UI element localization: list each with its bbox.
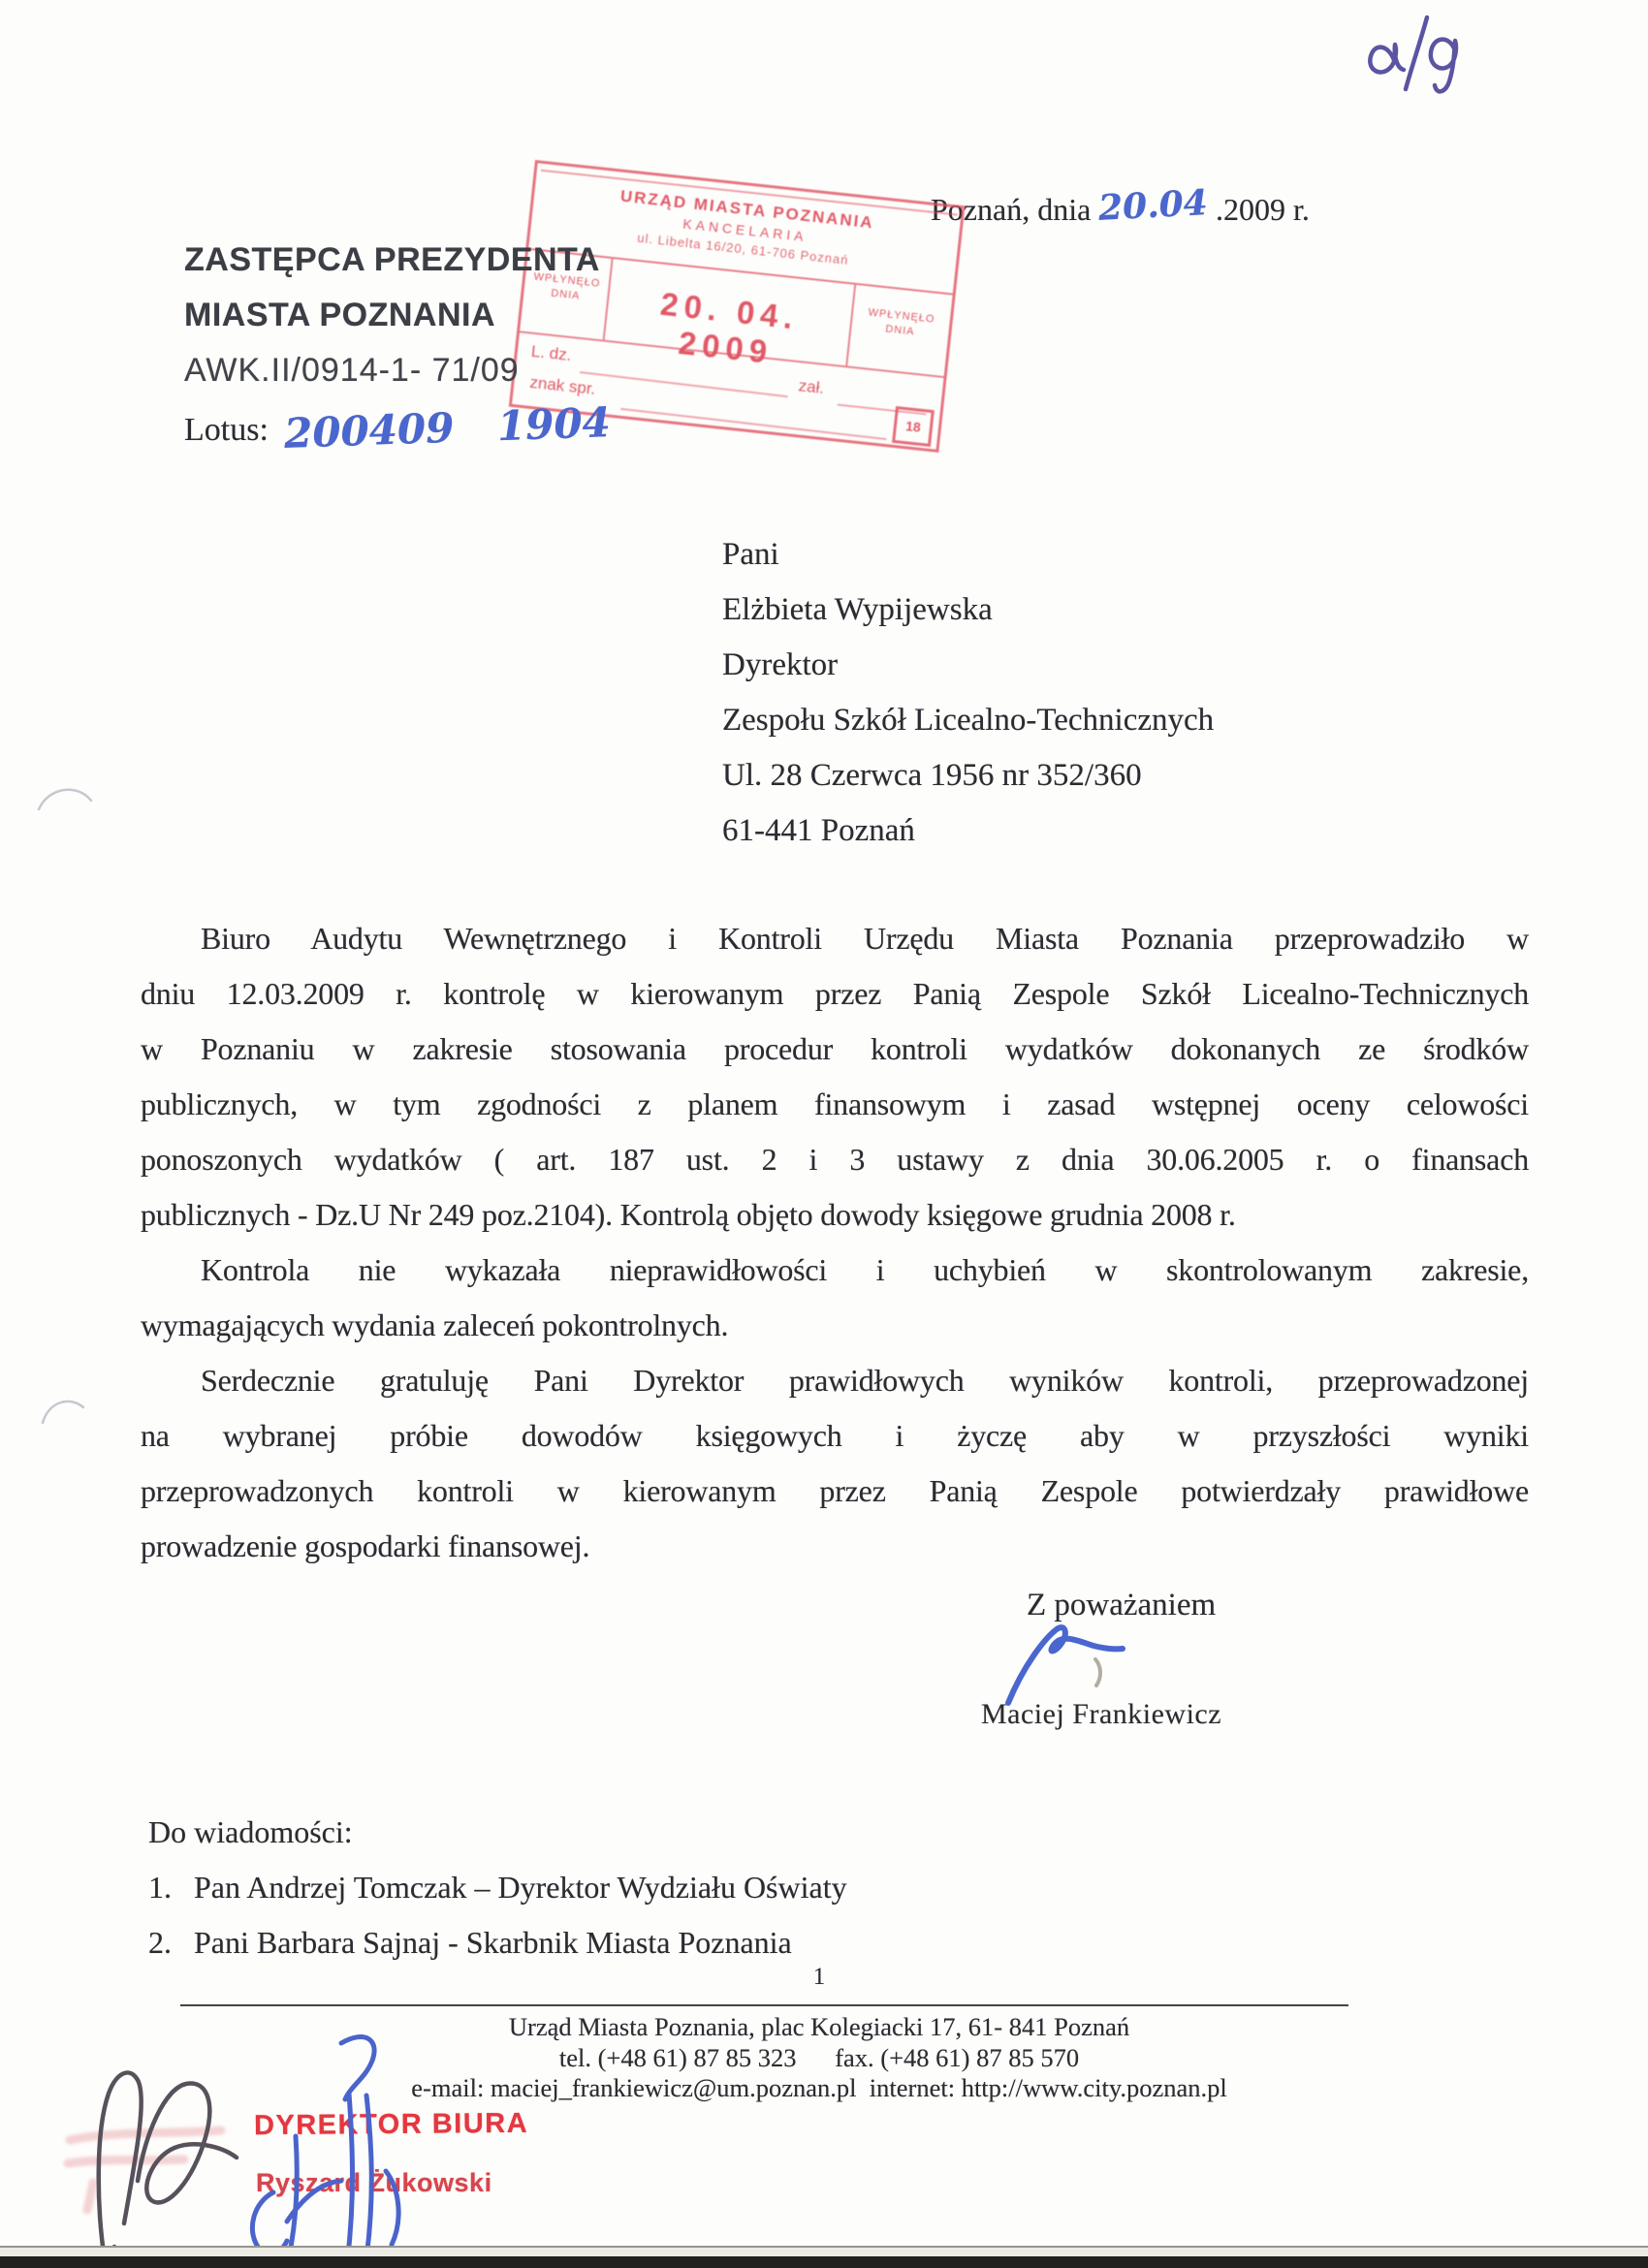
footer-rule [180, 2004, 1348, 2006]
recipient-line: Ul. 28 Czerwca 1956 nr 352/360 [722, 748, 1214, 803]
body-line: Biuro Audytu Wewnętrznego i Kontroli Urz… [141, 911, 1529, 966]
footer-email-internet: e-mail: maciej_frankiewicz@um.poznan.pl … [116, 2073, 1522, 2103]
recipient-line: 61-441 Poznań [722, 803, 1214, 859]
cc-block: Do wiadomości: 1.Pan Andrzej Tomczak – D… [148, 1805, 847, 1970]
sender-ref-number: AWK.II/0914-1- 71/09 [184, 343, 611, 398]
approval-stamp-title: DYREKTOR BIURA [254, 2108, 528, 2142]
faint-arc-marks [39, 790, 91, 1423]
recipient-line: Pani [722, 527, 1214, 583]
dateline-suffix: .2009 r. [1216, 192, 1310, 227]
faint-stamp-remnant [68, 2130, 221, 2210]
body-line: prowadzenie gospodarki finansowej. [141, 1519, 1529, 1574]
cc-heading: Do wiadomości: [148, 1805, 847, 1860]
body-line: publicznych - Dz.U Nr 249 poz.2104). Kon… [141, 1187, 1529, 1243]
stamp-zal-label: zał. [798, 376, 825, 398]
sender-lotus-line: Lotus:200409 1904 [184, 398, 611, 457]
approval-stamp-name: Ryszard Żukowski [256, 2168, 492, 2198]
body-line: Kontrola nie wykazała nieprawidłowości i… [141, 1243, 1529, 1298]
recipient-block: Pani Elżbieta Wypijewska Dyrektor Zespoł… [722, 527, 1214, 859]
body-line: przeprowadzonych kontroli w kierowanym p… [141, 1464, 1529, 1519]
frankiewicz-signature-ink [1008, 1627, 1123, 1703]
cc-item: 1.Pan Andrzej Tomczak – Dyrektor Wydział… [148, 1860, 847, 1915]
handwritten-lotus-number: 200409 1904 [283, 394, 612, 461]
stamp-znak-line [620, 408, 886, 440]
stamp-box-number: 18 [892, 406, 935, 447]
cc-item-number: 2. [148, 1915, 194, 1970]
valediction: Z poważaniem [1027, 1588, 1216, 1623]
sender-block: ZASTĘPCA PREZYDENTA MIASTA POZNANIA AWK.… [184, 233, 611, 457]
footer-phone-fax: tel. (+48 61) 87 85 323 fax. (+48 61) 87… [116, 2043, 1522, 2073]
sender-title-2: MIASTA POZNANIA [184, 288, 611, 343]
cc-item-number: 1. [148, 1860, 194, 1915]
lotus-label: Lotus: [184, 412, 269, 448]
recipient-line: Elżbieta Wypijewska [722, 583, 1214, 638]
body-line: wymagających wydania zaleceń pokontrolny… [141, 1298, 1529, 1353]
handwritten-date: 20.04 [1097, 182, 1209, 229]
recipient-line: Dyrektor [722, 638, 1214, 693]
stamp-received-date: 20. 04. 2009 [607, 259, 853, 365]
body-line: Serdecznie gratuluję Pani Dyrektor prawi… [141, 1353, 1529, 1408]
body-line: publicznych, w tym zgodności z planem fi… [141, 1077, 1529, 1132]
cc-item-text: Pani Barbara Sajnaj - Skarbnik Miasta Po… [194, 1925, 792, 1960]
body-paragraphs: Biuro Audytu Wewnętrznego i Kontroli Urz… [141, 911, 1529, 1574]
recipient-line: Zespołu Szkół Licealno-Technicznych [722, 693, 1214, 748]
footer-address: Urząd Miasta Poznania, plac Kolegiacki 1… [116, 2012, 1522, 2042]
body-line: na wybranej próbie dowodów księgowych i … [141, 1408, 1529, 1464]
sender-title-1: ZASTĘPCA PREZYDENTA [184, 233, 611, 288]
cc-item: 2.Pani Barbara Sajnaj - Skarbnik Miasta … [148, 1915, 847, 1970]
cc-item-text: Pan Andrzej Tomczak – Dyrektor Wydziału … [194, 1870, 847, 1905]
body-line: dniu 12.03.2009 r. kontrolę w kierowanym… [141, 966, 1529, 1022]
scan-edge-dark-band [0, 2256, 1648, 2268]
aa-annotation-ink [1370, 17, 1456, 91]
stamp-received-label-right: WPŁYNĘŁO DNIA [845, 285, 952, 376]
letter-page: Poznań, dnia20.04.2009 r. URZĄD MIASTA P… [0, 0, 1648, 2268]
page-number: 1 [116, 1964, 1522, 1991]
body-line: ponoszonych wydatków ( art. 187 ust. 2 i… [141, 1132, 1529, 1187]
body-line: w Poznaniu w zakresie stosowania procedu… [141, 1022, 1529, 1077]
dateline: Poznań, dnia20.04.2009 r. [931, 188, 1310, 229]
signer-name: Maciej Frankiewicz [981, 1698, 1221, 1731]
stamp-ldz-line [580, 371, 788, 397]
